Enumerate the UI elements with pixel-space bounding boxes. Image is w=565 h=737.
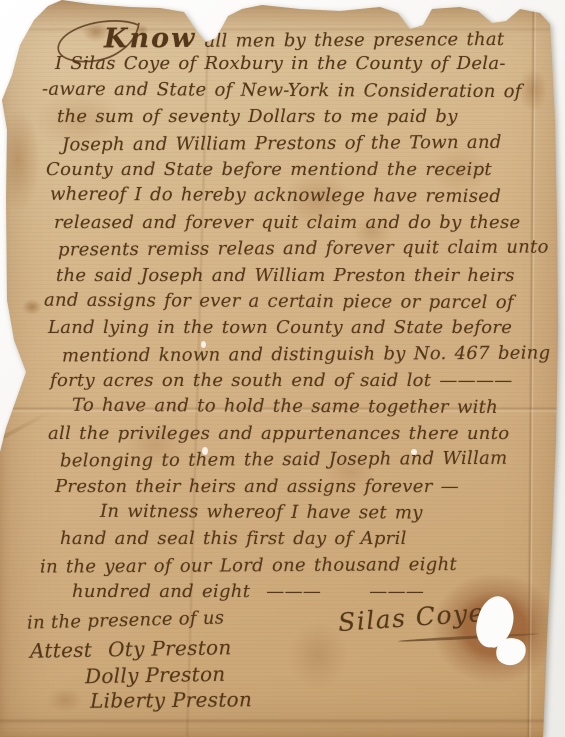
attest-row: AttestOty Preston — [30, 635, 232, 663]
deed-line-opening: Know all men by these presence that — [104, 24, 547, 53]
deed-line: hand and seal this first day of April — [60, 526, 547, 552]
deed-line: forty acres on the south end of said lot… — [50, 368, 547, 394]
deed-line: the sum of seventy Dollars to me paid by — [57, 104, 547, 130]
opening-rest: all men by these presence that — [204, 29, 504, 52]
witness-signature-3: Liberty Preston — [90, 687, 252, 712]
paper-speck — [202, 447, 208, 455]
opening-word: Know — [104, 23, 197, 55]
deed-line: Joseph and William Prestons of the Town … — [62, 129, 547, 158]
deed-line: whereof I do hereby acknowlege have remi… — [50, 182, 547, 211]
deed-line: presents remiss releas and forever quit … — [58, 235, 547, 264]
witness-intro: in the presence of us — [27, 607, 225, 633]
deed-line: To have and to hold the same together wi… — [72, 393, 547, 422]
fold-crease-horizontal-bottom — [0, 718, 565, 724]
deed-line: In witness whereof I have set my — [100, 499, 547, 528]
deed-line: I Silas Coye of Roxbury in the County of… — [55, 51, 547, 77]
paper-shadow: Know all men by these presence that I Si… — [0, 0, 565, 737]
deed-line: belonging to them the said Joseph and Wi… — [60, 446, 547, 475]
deed-line: released and forever quit claim and do b… — [54, 210, 547, 236]
paper: Know all men by these presence that I Si… — [0, 0, 565, 737]
deed-line: in the year of our Lord one thousand eig… — [40, 551, 547, 580]
attest-label: Attest — [30, 638, 93, 663]
paper-speck — [411, 449, 417, 455]
deed-line: -aware and State of New-York in Consider… — [42, 76, 547, 105]
deed-line: the said Joseph and William Preston thei… — [56, 263, 547, 289]
deed-line: all the privileges and appurtenances the… — [48, 421, 547, 447]
deed-line: Land lying in the town County and State … — [48, 315, 547, 341]
deed-text: Know all men by these presence that I Si… — [32, 25, 547, 606]
deed-line: County and State before mentiond the rec… — [46, 157, 547, 183]
paper-speck — [201, 341, 206, 348]
witness-signature-1: Oty Preston — [108, 635, 232, 661]
deed-line: Preston their heirs and assigns forever … — [55, 474, 547, 500]
scan-background: Know all men by these presence that I Si… — [0, 0, 565, 737]
deed-line: and assigns for ever a certain piece or … — [44, 288, 547, 317]
deed-line: mentiond known and distinguish by No. 46… — [62, 340, 547, 369]
witness-signature-2: Dolly Preston — [85, 662, 226, 688]
